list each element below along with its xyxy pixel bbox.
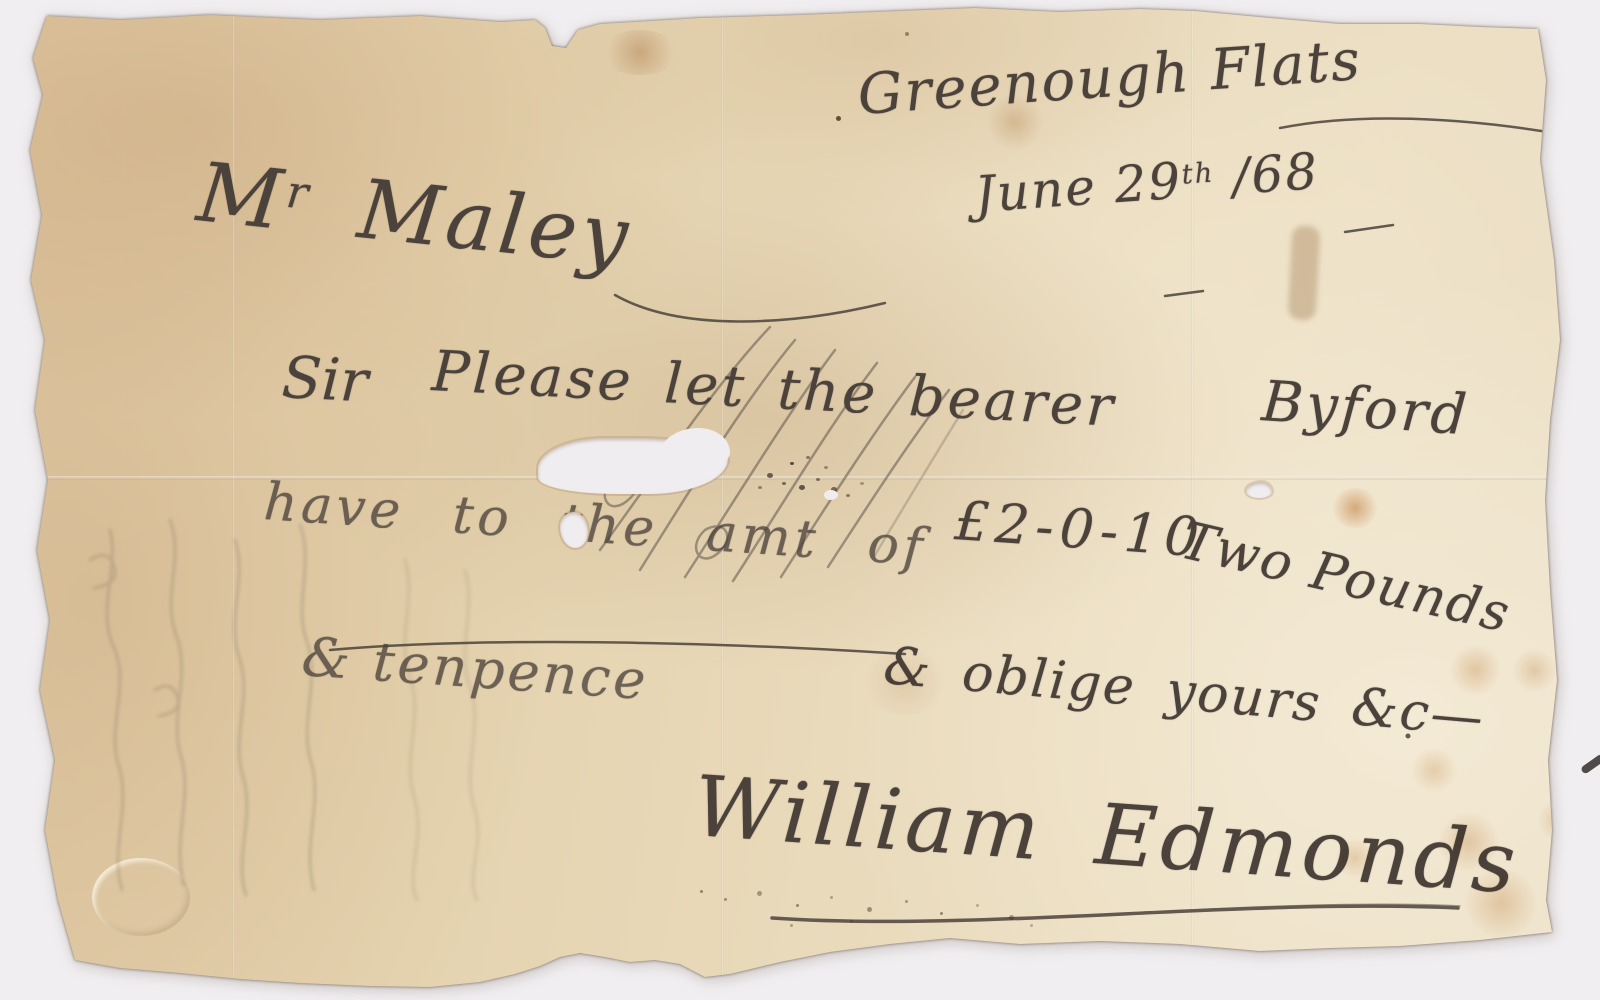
recipient-name: Maley	[354, 162, 636, 285]
body-request: Please let the bearer	[431, 344, 1118, 436]
foxing-spot	[1410, 748, 1458, 793]
closing-line: & oblige yours &c—	[882, 640, 1487, 744]
salutation: Sir	[280, 348, 369, 410]
paper-hole-main	[538, 438, 728, 494]
amount-words-line2: & tenpence	[300, 630, 650, 708]
scan-background: Greenough Flats June 29th /68 Mr Maley S…	[0, 0, 1600, 1000]
date-ordinal: th	[1181, 157, 1216, 191]
recipient-title: M	[193, 145, 290, 249]
date-year: /68	[1231, 142, 1321, 206]
embossed-stamp	[92, 858, 190, 936]
foxing-spot	[1538, 798, 1578, 843]
amount-figures: £2-0-10	[953, 494, 1206, 565]
paper-hole-main-lobe	[660, 428, 730, 472]
signature: William Edmonds	[691, 764, 1522, 905]
place-line: Greenough Flats	[856, 33, 1363, 124]
horizontal-fold-crease	[0, 476, 1600, 480]
ink-dot	[836, 116, 841, 121]
ink-dot	[905, 32, 909, 36]
bleedthrough-scribbles-left	[60, 490, 380, 920]
recipient-title-superscript: r	[284, 165, 315, 220]
bleedthrough-scribbles-mid	[365, 540, 525, 910]
ink-spatter	[790, 462, 794, 465]
foxing-spot	[1330, 488, 1380, 528]
bearer-name: Byford	[1260, 374, 1471, 444]
paper-fleck	[824, 490, 838, 500]
paper-hole-right	[1246, 482, 1272, 498]
paper-shadow-wrap: Greenough Flats June 29th /68 Mr Maley S…	[0, 0, 1600, 1000]
letter-paper: Greenough Flats June 29th /68 Mr Maley S…	[0, 0, 1600, 1000]
date-line: June 29th /68	[973, 146, 1320, 220]
bottom-edge-speckles	[700, 890, 703, 893]
body-amount-lead: have to the amt of	[262, 476, 928, 574]
foxing-spot	[600, 30, 680, 75]
amount-words-line1: Two Pounds	[1176, 515, 1515, 641]
foxing-spot	[1512, 648, 1557, 693]
date-day: June 29	[973, 152, 1184, 224]
recipient-line: Mr Maley	[194, 152, 636, 279]
finger-smudge	[1288, 225, 1321, 320]
